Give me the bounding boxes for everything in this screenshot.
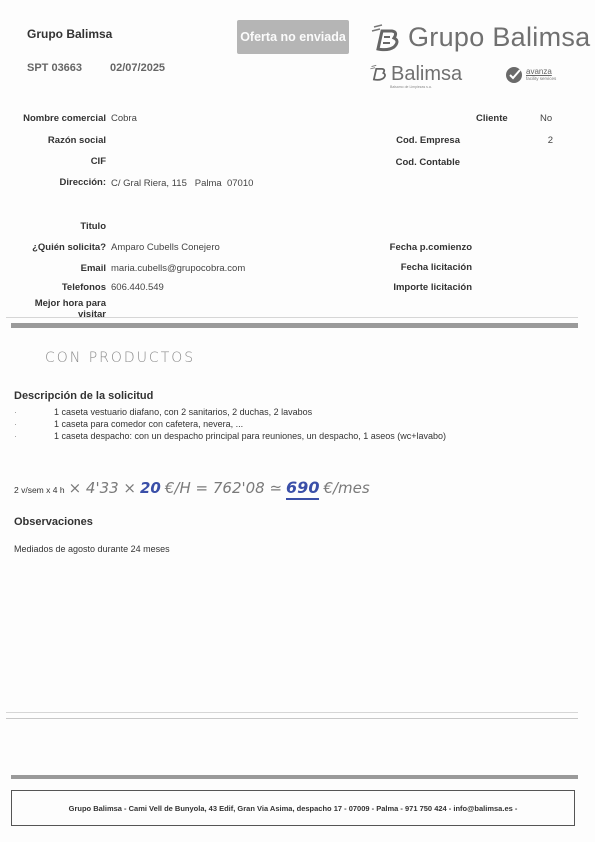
avanza-sub: facility services (526, 76, 556, 82)
value-quien-solicita: Amparo Cubells Conejero (111, 242, 220, 253)
description-item-text: 1 caseta para comedor con cafetera, neve… (54, 419, 243, 431)
value-cliente: No (540, 113, 552, 124)
logo-secondary-text: Balimsa (391, 63, 462, 85)
label-razon-social: Razón social (48, 135, 106, 146)
bullet-marker: · (14, 431, 54, 443)
calculation-line: 2 v/sem x 4 h × 4'33 × 20 €/H = 762'08 ≃… (14, 478, 370, 500)
footer-address-box: Grupo Balimsa - Cami Vell de Bunyola, 43… (11, 790, 575, 826)
label-titulo: Titulo (80, 221, 106, 232)
document-code: SPT 03663 (27, 62, 82, 74)
label-email: Email (81, 263, 106, 274)
label-nombre-comercial: Nombre comercial (23, 113, 106, 124)
balimsa-b-small-icon (368, 63, 388, 83)
label-fecha-licitacion: Fecha licitación (401, 262, 472, 273)
label-direccion: Dirección: (60, 177, 106, 188)
value-email: maria.cubells@grupocobra.com (111, 263, 245, 274)
avanza-logo: avanza facility services (505, 66, 556, 84)
grupo-balimsa-logo: Grupo Balimsa (368, 22, 590, 53)
calculation-unit: €/mes (323, 479, 369, 497)
status-badge: Oferta no enviada (237, 20, 349, 54)
label-mejor-hora-line1: Mejor hora para (35, 298, 106, 309)
value-direccion: C/ Gral Riera, 115 Palma 07010 (111, 178, 253, 189)
divider-thick-footer (11, 775, 578, 779)
logo-main-text: Grupo Balimsa (408, 22, 590, 53)
label-telefonos: Telefonos (62, 282, 106, 293)
value-nombre-comercial: Cobra (111, 113, 137, 124)
observations-title: Observaciones (14, 516, 93, 528)
calculation-handwritten-2: €/H = 762'08 ≃ (165, 479, 282, 497)
label-quien-solicita: ¿Quién solicita? (32, 242, 106, 253)
footer-text: Grupo Balimsa - Cami Vell de Bunyola, 43… (69, 804, 518, 813)
divider-thick (11, 323, 578, 328)
divider-thin-lower-2 (6, 718, 578, 719)
description-list: · 1 caseta vestuario diafano, con 2 sani… (14, 407, 446, 443)
calculation-handwritten-1: × 4'33 × (69, 479, 136, 497)
label-cif: CIF (91, 156, 106, 167)
divider-thin (6, 317, 578, 318)
avanza-name: avanza (526, 68, 556, 76)
label-importe-licitacion: Importe licitación (393, 282, 472, 293)
label-mejor-hora-line2: visitar (35, 309, 106, 320)
label-cod-contable: Cod. Contable (396, 157, 460, 168)
label-cod-empresa: Cod. Empresa (396, 135, 460, 146)
calculation-rate: 20 (140, 479, 161, 497)
balimsa-b-logo-icon (368, 23, 402, 53)
description-item: · 1 caseta para comedor con cafetera, ne… (14, 419, 446, 431)
avanza-check-icon (505, 66, 523, 84)
balimsa-logo: Balimsa Balsamo de Limpiezas s.a. (368, 63, 462, 85)
bullet-marker: · (14, 407, 54, 419)
description-item-text: 1 caseta despacho: con un despacho princ… (54, 431, 446, 443)
description-item-text: 1 caseta vestuario diafano, con 2 sanita… (54, 407, 312, 419)
observations-text: Mediados de agosto durante 24 meses (14, 544, 170, 554)
value-cod-empresa: 2 (548, 135, 553, 146)
calculation-total: 690 (286, 478, 319, 500)
label-fecha-comienzo: Fecha p.comienzo (390, 242, 472, 253)
handwritten-note: CON PRODUCTOS (45, 350, 195, 366)
value-telefonos: 606.440.549 (111, 282, 164, 293)
label-cliente: Cliente (476, 113, 508, 124)
logo-secondary-tagline: Balsamo de Limpiezas s.a. (390, 85, 432, 89)
description-title: Descripción de la solicitud (14, 390, 153, 402)
description-item: · 1 caseta despacho: con un despacho pri… (14, 431, 446, 443)
document-date: 02/07/2025 (110, 62, 165, 74)
description-item: · 1 caseta vestuario diafano, con 2 sani… (14, 407, 446, 419)
calculation-printed: 2 v/sem x 4 h (14, 485, 65, 495)
company-name: Grupo Balimsa (27, 27, 112, 41)
divider-thin-lower (6, 712, 578, 713)
bullet-marker: · (14, 419, 54, 431)
